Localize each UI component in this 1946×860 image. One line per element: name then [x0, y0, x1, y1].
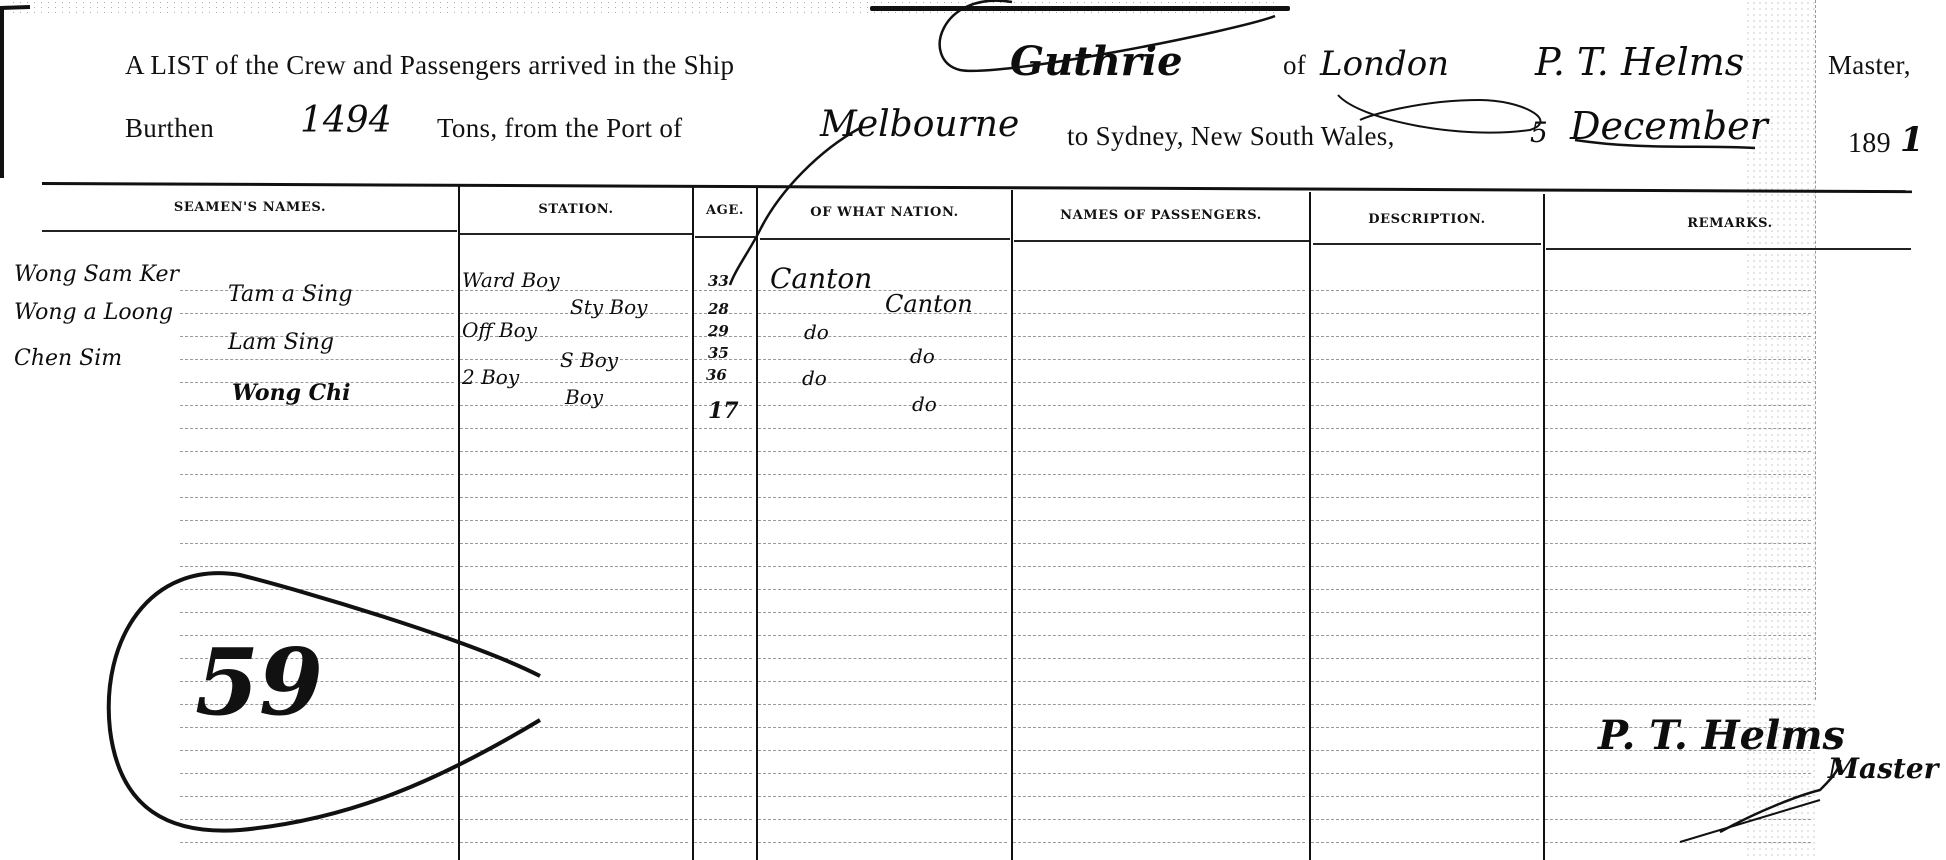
port-flourish — [730, 128, 860, 285]
page-number-loop — [109, 573, 540, 830]
pen-strokes — [0, 0, 1946, 860]
signature-flourish — [1720, 760, 1840, 832]
signature-tail — [1680, 800, 1820, 842]
ship-name-flourish — [940, 1, 1275, 71]
london-loop — [1338, 95, 1540, 133]
ship-manifest-page: A LIST of the Crew and Passengers arrive… — [0, 0, 1946, 860]
december-underline — [1575, 140, 1755, 148]
